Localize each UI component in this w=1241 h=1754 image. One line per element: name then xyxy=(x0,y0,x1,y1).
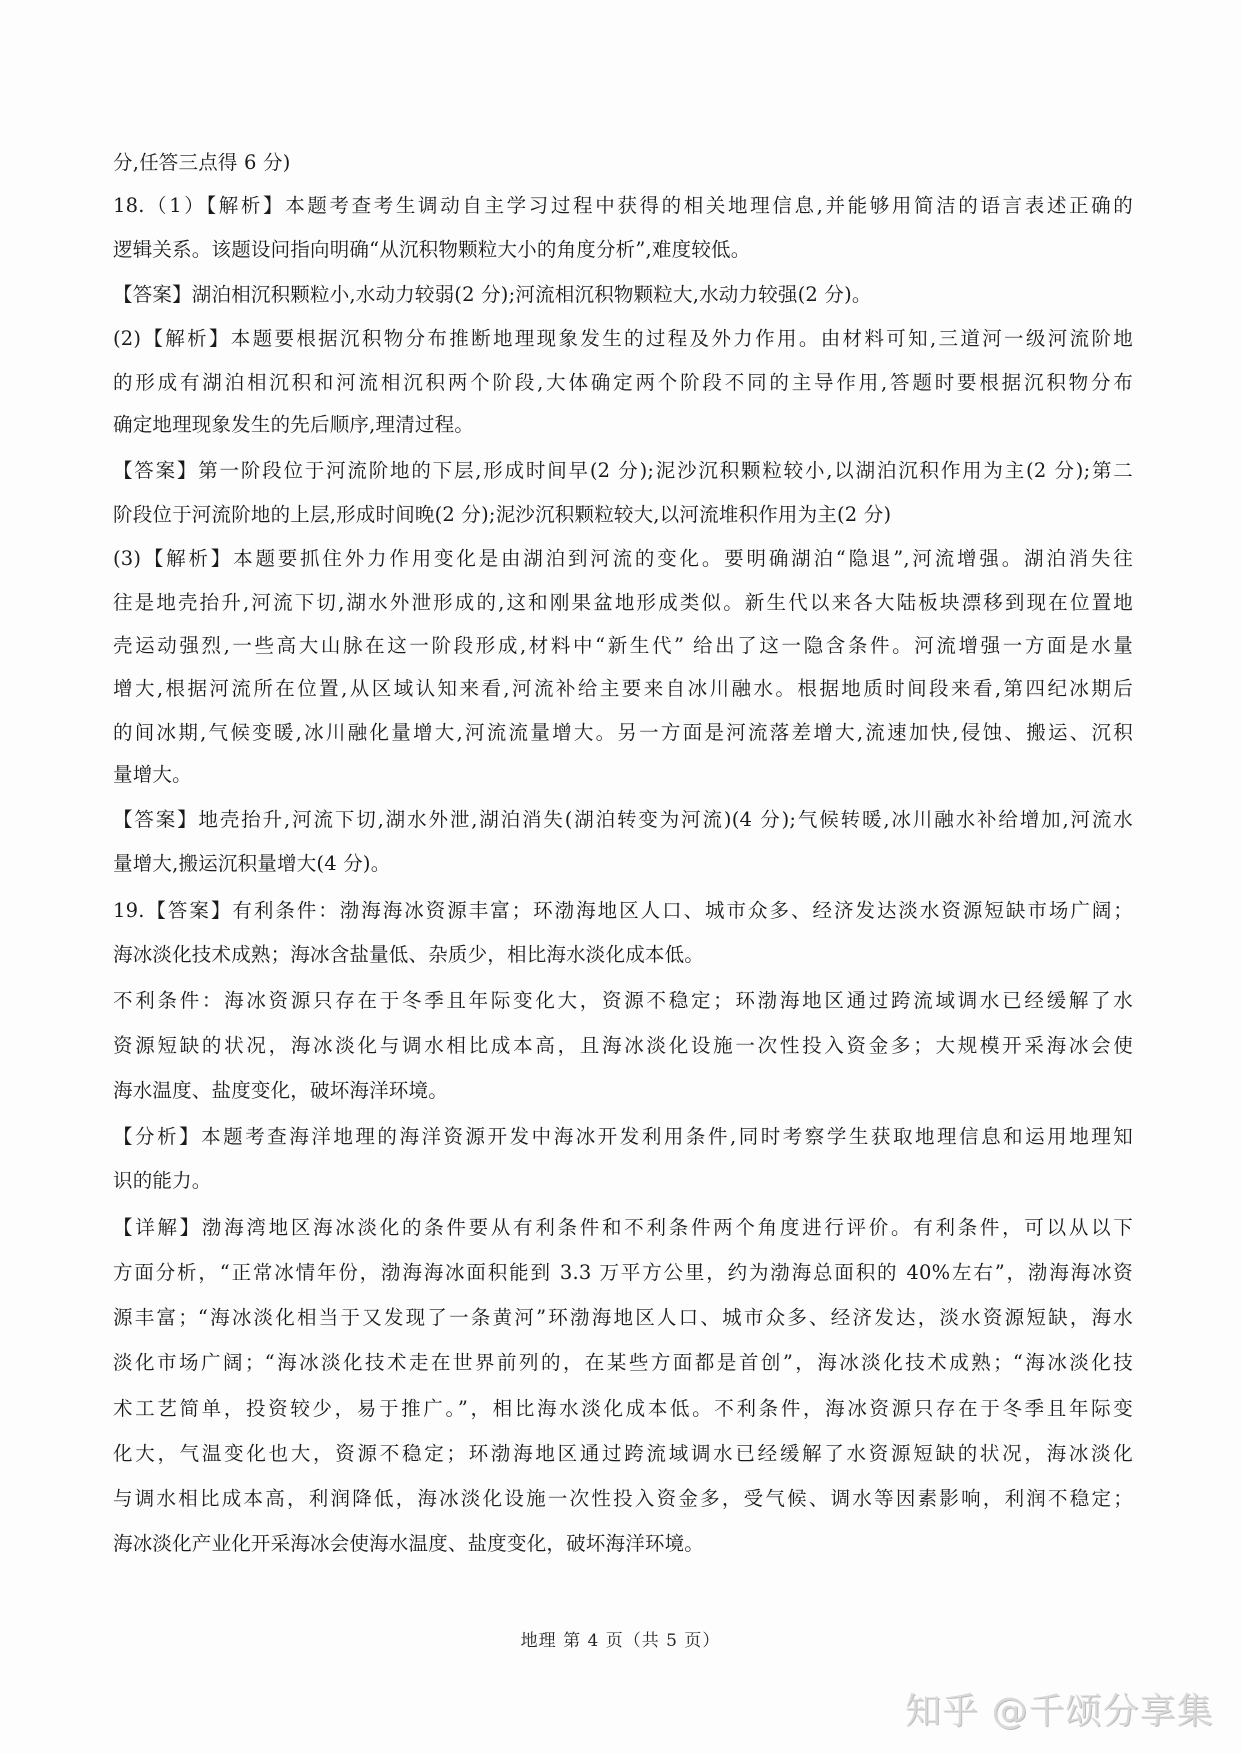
text-line: 阶段位于河流阶地的上层,形成时间晚(2 分);泥沙沉积颗粒较大,以河流堆积作用为… xyxy=(113,502,1133,528)
text-line: 识的能力。 xyxy=(113,1168,1133,1194)
text-line: 术工艺简单，投资较少，易于推广。”，相比海水淡化成本低。不利条件，海冰资源只存在… xyxy=(113,1396,1133,1422)
text-line: 逻辑关系。该题设问指向明确“从沉积物颗粒大小的角度分析”,难度较低。 xyxy=(113,237,1133,263)
text-line: 量增大,搬运沉积量增大(4 分)。 xyxy=(113,851,1133,877)
text-line: 确定地理现象发生的先后顺序,理清过程。 xyxy=(113,412,1133,438)
text-line: 【分析】本题考查海洋地理的海洋资源开发中海冰开发利用条件,同时考察学生获取地理信… xyxy=(113,1124,1133,1150)
text-line: (2)【解析】本题要根据沉积物分布推断地理现象发生的过程及外力作用。由材料可知,… xyxy=(113,326,1133,352)
text-line: 的间冰期,气候变暖,冰川融化量增大,河流流量增大。另一方面是河流落差增大,流速加… xyxy=(113,720,1133,746)
text-line: 海冰淡化产业化开采海冰会使海水温度、盐度变化，破坏海洋环境。 xyxy=(113,1531,1133,1557)
document-page: 分,任答三点得 6 分)18.（1）【解析】本题考查考生调动自主学习过程中获得的… xyxy=(0,0,1241,1754)
text-line: 分,任答三点得 6 分) xyxy=(113,150,1133,176)
text-line: 化大，气温变化也大，资源不稳定；环渤海地区通过跨流域调水已经缓解了水资源短缺的状… xyxy=(113,1441,1133,1467)
text-line: 淡化市场广阔；“海冰淡化技术走在世界前列的，在某些方面都是首创”，海冰淡化技术成… xyxy=(113,1350,1133,1376)
text-line: 不利条件：海冰资源只存在于冬季且年际变化大，资源不稳定；环渤海地区通过跨流域调水… xyxy=(113,988,1133,1014)
text-line: 与调水相比成本高，利润降低，海冰淡化设施一次性投入资金多，受气候、调水等因素影响… xyxy=(113,1486,1133,1512)
text-line: 增大,根据河流所在位置,从区域认知来看,河流补给主要来自冰川融水。根据地质时间段… xyxy=(113,676,1133,702)
text-line: 海冰淡化技术成熟；海冰含盐量低、杂质少，相比海水淡化成本低。 xyxy=(113,942,1133,968)
text-line: 海水温度、盐度变化，破坏海洋环境。 xyxy=(113,1078,1133,1104)
text-line: 的形成有湖泊相沉积和河流相沉积两个阶段,大体确定两个阶段不同的主导作用,答题时要… xyxy=(113,370,1133,396)
text-line: 源丰富；“海冰淡化相当于又发现了一条黄河”环渤海地区人口、城市众多、经济发达，淡… xyxy=(113,1305,1133,1331)
text-line: 18.（1）【解析】本题考查考生调动自主学习过程中获得的相关地理信息,并能够用简… xyxy=(113,193,1133,219)
text-line: 【答案】湖泊相沉积颗粒小,水动力较弱(2 分);河流相沉积物颗粒大,水动力较强(… xyxy=(113,282,1133,308)
text-line: 方面分析，“正常冰情年份，渤海海冰面积能到 3.3 万平方公里，约为渤海总面积的… xyxy=(113,1260,1133,1286)
text-line: 量增大。 xyxy=(113,762,1133,788)
page-footer: 地理 第 4 页（共 5 页） xyxy=(0,1626,1241,1651)
text-line: 【答案】地壳抬升,河流下切,湖水外泄,湖泊消失(湖泊转变为河流)(4 分);气候… xyxy=(113,807,1133,833)
text-line: 往是地壳抬升,河流下切,湖水外泄形成的,这和刚果盆地形成类似。新生代以来各大陆板… xyxy=(113,590,1133,616)
text-line: 壳运动强烈,一些高大山脉在这一阶段形成,材料中“新生代” 给出了这一隐含条件。河… xyxy=(113,633,1133,659)
text-line: 19.【答案】有利条件：渤海海冰资源丰富；环渤海地区人口、城市众多、经济发达淡水… xyxy=(113,898,1133,924)
watermark: 知乎 @千颂分享集 xyxy=(905,1683,1213,1734)
text-line: 资源短缺的状况，海冰淡化与调水相比成本高，且海冰淡化设施一次性投入资金多；大规模… xyxy=(113,1033,1133,1059)
text-line: 【详解】渤海湾地区海冰淡化的条件要从有利条件和不利条件两个角度进行评价。有利条件… xyxy=(113,1215,1133,1241)
text-line: (3)【解析】本题要抓住外力作用变化是由湖泊到河流的变化。要明确湖泊“隐退”,河… xyxy=(113,546,1133,572)
text-line: 【答案】第一阶段位于河流阶地的下层,形成时间早(2 分);泥沙沉积颗粒较小,以湖… xyxy=(113,458,1133,484)
